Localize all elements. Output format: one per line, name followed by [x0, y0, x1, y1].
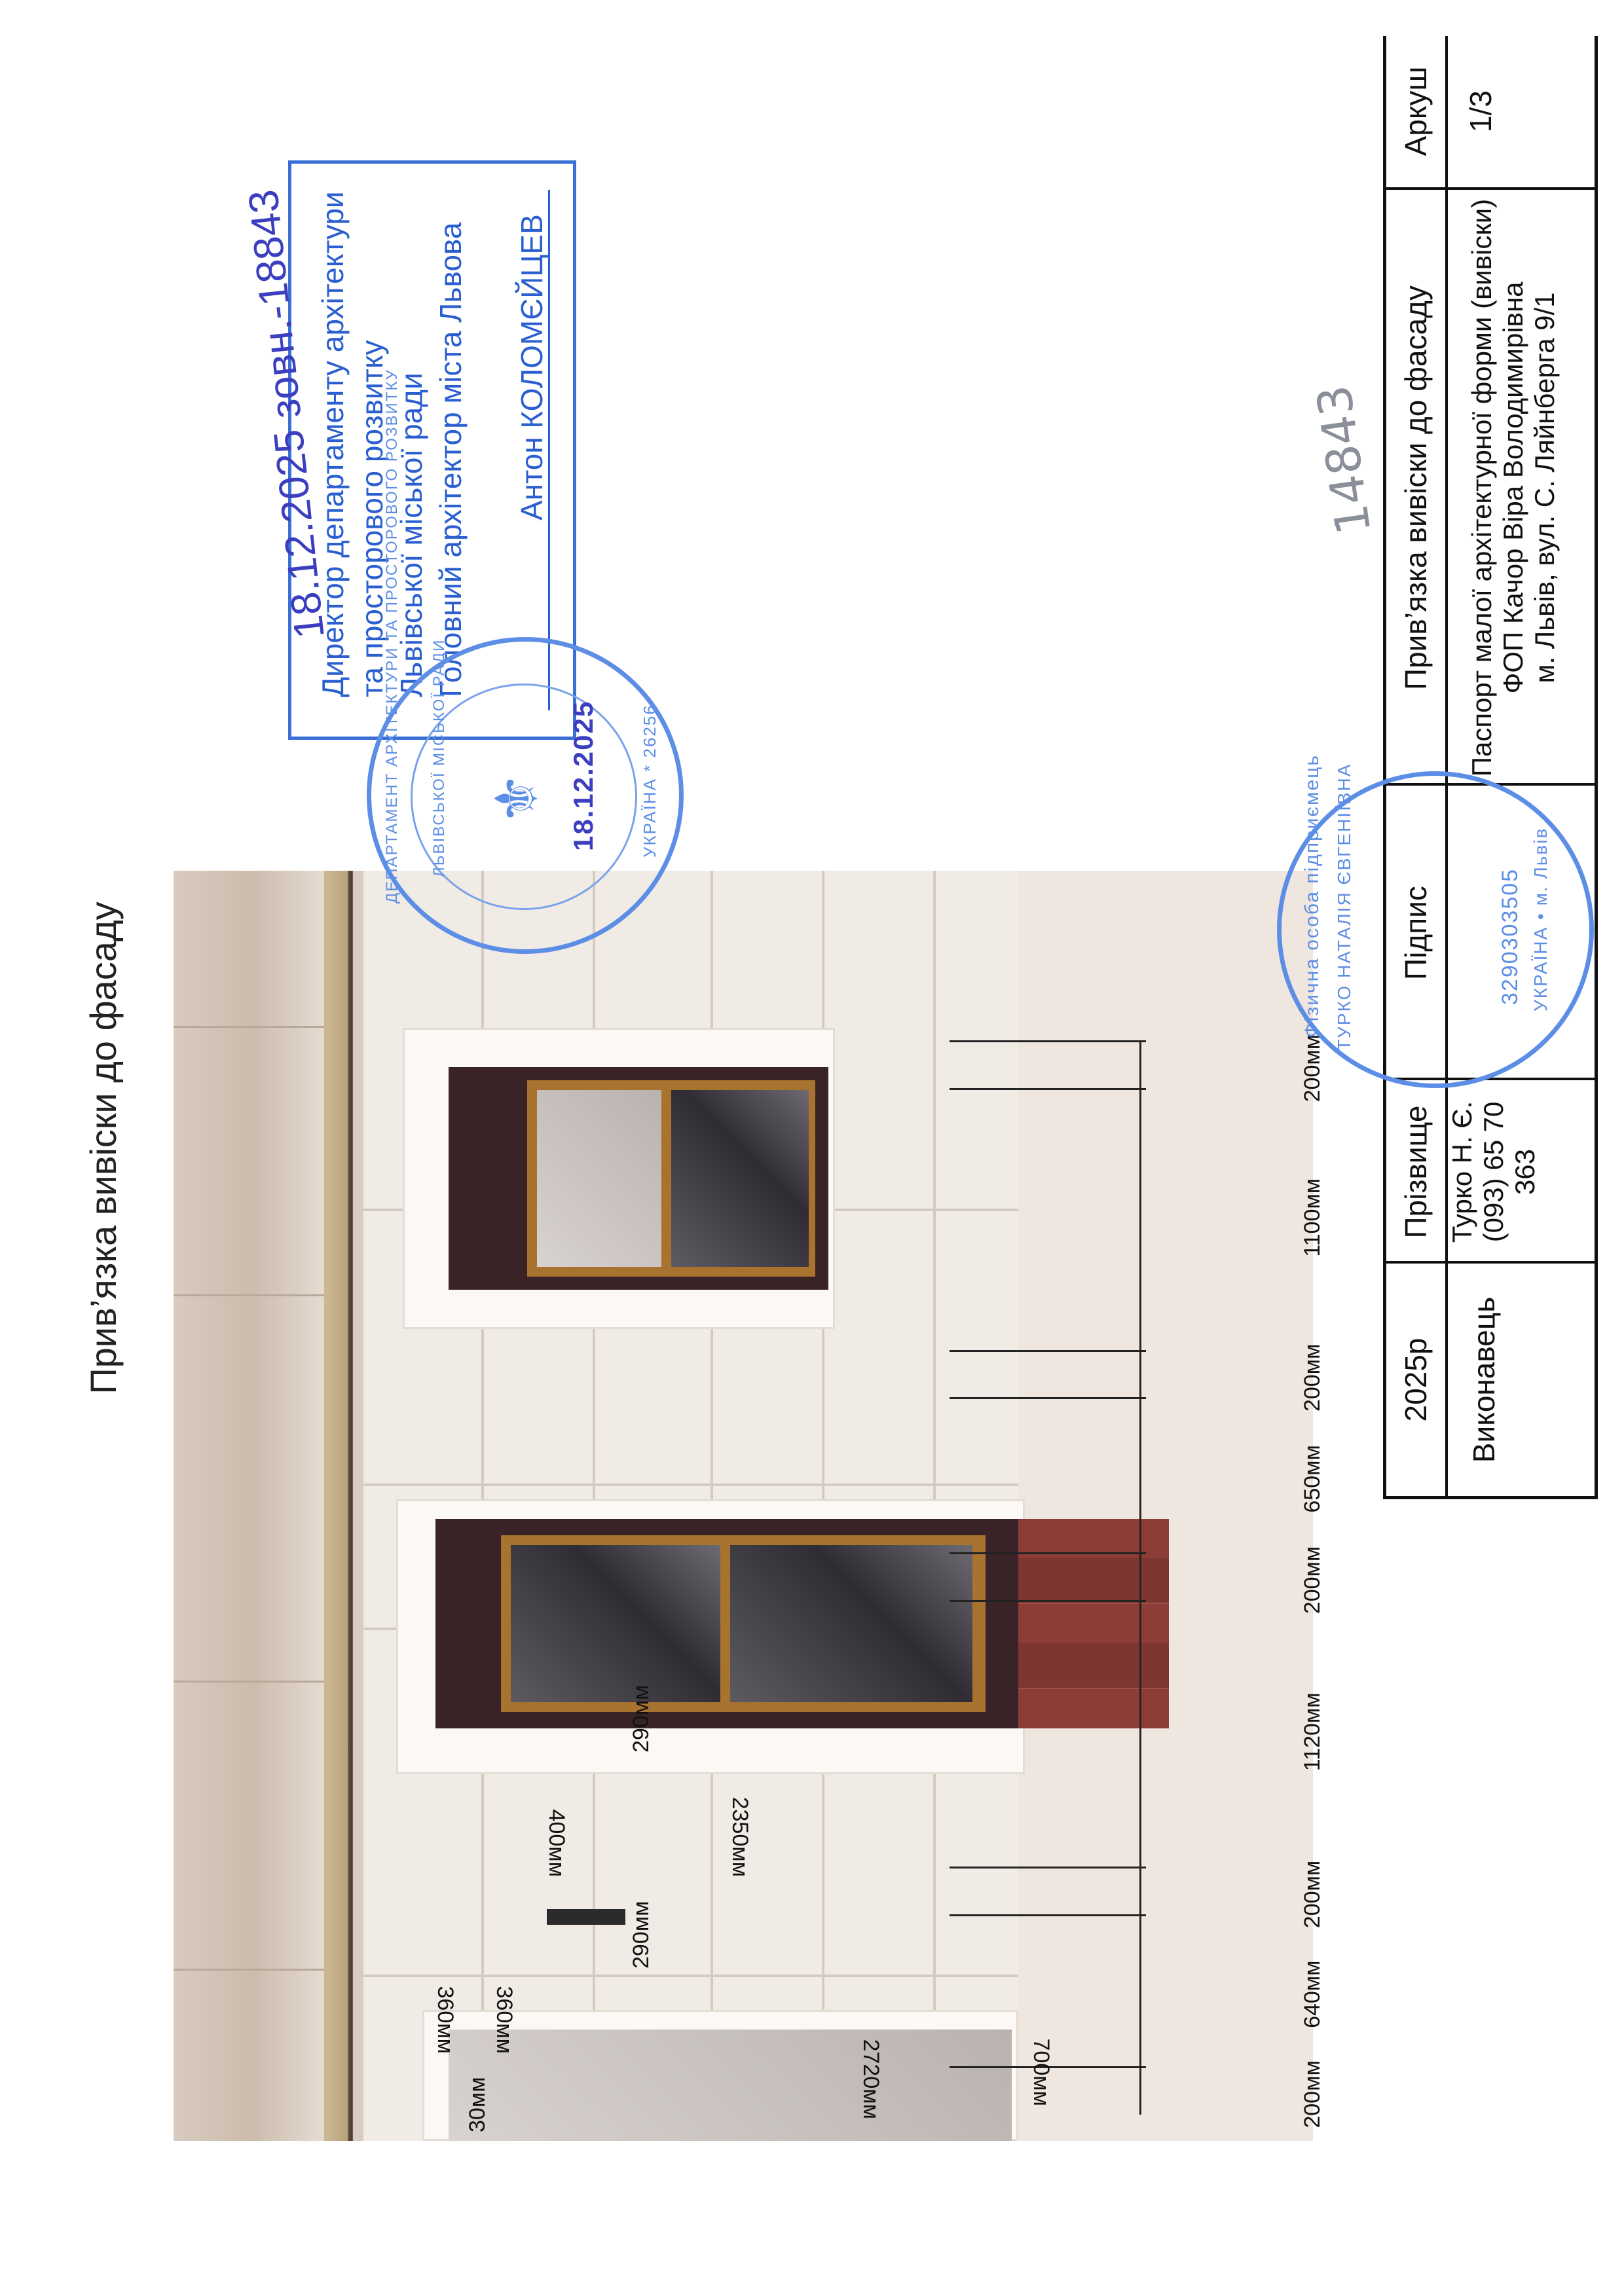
dim-290-top: 290мм: [629, 1685, 654, 1753]
dim-360-a: 360мм: [432, 1986, 458, 2054]
dimension-chain-label: 650мм: [1300, 1445, 1325, 1512]
dimension-chain-label: 200мм: [1300, 1861, 1325, 1928]
dimension-tick: [950, 1397, 1146, 1399]
approver-name: Антон КОЛОМЄЙЦЕВ: [514, 214, 549, 520]
header-title: Прив’язка вивіски до фасаду: [1386, 190, 1445, 786]
document-sheet: Прив’язка вивіски до фасаду: [0, 0, 1624, 2296]
dimension-chain-label: 1120мм: [1300, 1692, 1325, 1771]
role-cell: Виконавець: [1448, 1264, 1520, 1496]
contractor-seal: Фізична особа підприємець ТУРКО НАТАЛІЯ …: [1277, 771, 1594, 1088]
department-seal: ДЕПАРТАМЕНТ АРХІТЕКТУРИ ТА ПРОСТОРОВОГО …: [367, 637, 684, 954]
door-steps: [1018, 1519, 1169, 1728]
sign-position-marker: [547, 1909, 625, 1925]
title-block-table: 2025р Прізвище Підпис Прив’язка вивіски …: [1383, 36, 1598, 1499]
approval-line-4: Головний архітектор міста Львова: [435, 223, 466, 697]
dim-360-b: 360мм: [491, 1986, 517, 2054]
trident-icon: ⚜: [483, 771, 551, 825]
dimension-tick: [950, 1350, 1146, 1352]
dimension-chain-label: 1100мм: [1300, 1178, 1325, 1257]
dim-700: 700мм: [1028, 2039, 1054, 2106]
dimension-tick: [950, 1552, 1146, 1554]
handwritten-number: 14843: [1306, 382, 1381, 538]
dimension-tick: [950, 1088, 1146, 1090]
surname-cell: Турко Н. Є. (093) 65 70 363: [1448, 1080, 1540, 1264]
dimension-chain-label: 200мм: [1300, 2060, 1325, 2128]
cornice: [324, 871, 363, 2141]
dim-30: 30мм: [465, 2077, 490, 2132]
dimension-chain-label: 200мм: [1300, 1034, 1325, 1102]
dim-400: 400мм: [544, 1810, 569, 1877]
dimension-chain-label: 640мм: [1300, 1960, 1325, 2028]
header-year: 2025р: [1386, 1264, 1445, 1496]
dimension-chain-label: 200мм: [1300, 1344, 1325, 1412]
header-surname: Прізвище: [1386, 1080, 1445, 1264]
dimension-chain-line: [1139, 1041, 1141, 2115]
dimension-chain-label: 200мм: [1300, 1546, 1325, 1614]
page-title: Прив’язка вивіски до фасаду: [82, 0, 124, 2296]
dimension-tick: [950, 1867, 1146, 1868]
dimension-tick: [950, 1914, 1146, 1916]
dim-290-bottom: 290мм: [629, 1901, 654, 1969]
description-cell: Паспорт малої архітектурної форми (вивіс…: [1448, 190, 1579, 786]
header-sheet: Аркуш: [1386, 33, 1445, 190]
sheet-number: 1/3: [1448, 33, 1513, 190]
dim-2720: 2720мм: [858, 2039, 883, 2119]
seal-date: 18.12.2025: [568, 701, 599, 851]
dimension-tick: [950, 1600, 1146, 1602]
facade-photo: [174, 871, 1313, 2141]
dimension-tick: [950, 1040, 1146, 1042]
dim-2350: 2350мм: [727, 1797, 752, 1877]
